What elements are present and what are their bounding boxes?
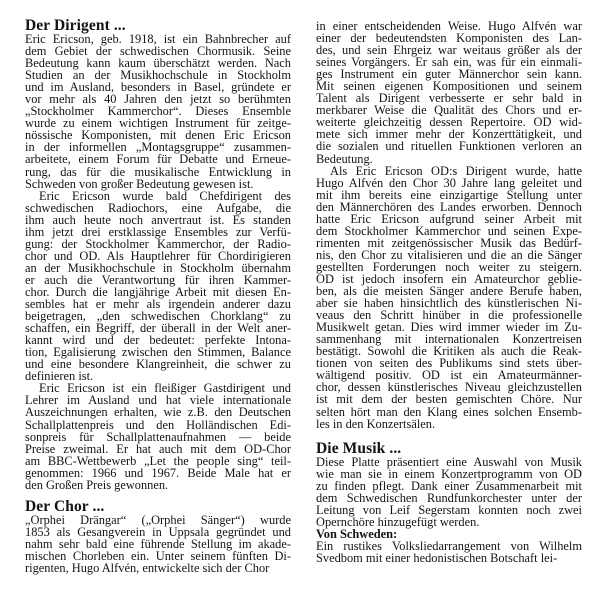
text-line: rung, das für die musikalische Entwicklu… xyxy=(25,166,291,178)
paragraph: „Orphei Drängar“ („Orphei Sänger“) wurde… xyxy=(25,514,291,574)
text-line: genommen: 1966 und 1967. Beide Male hat … xyxy=(25,467,291,479)
paragraph: Als Eric Ericson OD:s Dirigent wurde, ha… xyxy=(316,165,582,430)
text-line: wie man sie in einem Konzertprogramm von… xyxy=(316,468,582,480)
text-line: Hugo Alfvén den Chor 30 Jahre lang gelei… xyxy=(316,177,582,189)
text-line: zu finden pflegt. Dank einer Zusammenarb… xyxy=(316,480,582,492)
text-line: Als Eric Ericson OD:s Dirigent wurde, ha… xyxy=(316,165,582,177)
text-line: den Großen Preis gewonnen. xyxy=(25,479,291,491)
section-spacer xyxy=(316,430,582,441)
text-line: hatte Eric Ericson aufgrund seiner Arbei… xyxy=(316,213,582,225)
text-line: schwedischen Radiochors, eine Aufgabe, d… xyxy=(25,202,291,214)
text-line: am BBC-Wettbewerb „Let the people sing“ … xyxy=(25,455,291,467)
text-line: den Männerchören des Landes erworben. De… xyxy=(316,201,582,213)
text-line: rigenten, Hugo Alfvén, entwickelte sich … xyxy=(25,562,291,574)
article-section: Der Dirigent ...Eric Ericson, geb. 1918,… xyxy=(25,18,291,491)
text-line: les in den Konzertsälen. xyxy=(316,418,582,430)
paragraph: Eric Ericson wurde bald Chefdirigent des… xyxy=(25,190,291,383)
text-line: sonpreis für Schallplattenaufnahmen — be… xyxy=(25,431,291,443)
article-section: in einer entscheidenden Weise. Hugo Alfv… xyxy=(316,20,582,430)
text-line: die sozialen und rituellen Funktionen ve… xyxy=(316,140,582,152)
text-line: arbeitete, einem Forum für Debatte und E… xyxy=(25,153,291,165)
paragraph: Eric Ericson ist ein fleißiger Gastdirig… xyxy=(25,382,291,490)
text-line: Bedeutung. xyxy=(316,153,582,165)
text-line: dem Schwedischen Rundfunkorchester unter… xyxy=(316,492,582,504)
paragraph: Eric Ericson, geb. 1918, ist ein Bahnbre… xyxy=(25,33,291,190)
section-heading: Der Dirigent ... xyxy=(25,18,291,33)
text-line: ihm auch heute noch anvertraut ist. Es s… xyxy=(25,214,291,226)
text-line: Auszeichnungen erhalten, wie z.B. den De… xyxy=(25,406,291,418)
left-column: Der Dirigent ...Eric Ericson, geb. 1918,… xyxy=(25,18,291,574)
text-line: Eric Ericson wurde bald Chefdirigent des xyxy=(25,190,291,202)
article-section: Der Chor ...„Orphei Drängar“ („Orphei Sä… xyxy=(25,499,291,574)
paragraph: Ein rustikes Volksliedarrangement von Wi… xyxy=(316,540,582,564)
section-heading: Die Musik ... xyxy=(316,441,582,456)
article-section: Die Musik ...Diese Platte präsentiert ei… xyxy=(316,441,582,564)
text-line: Schweden von großer Bedeutung gewesen is… xyxy=(25,178,291,190)
text-line: Svedbom mit einer hedonistischen Botscha… xyxy=(316,552,582,564)
text-line: mit ihm bereits eine einzigartige Stellu… xyxy=(316,189,582,201)
paragraph: in einer entscheidenden Weise. Hugo Alfv… xyxy=(316,20,582,165)
paragraph: Diese Platte präsentiert eine Auswahl vo… xyxy=(316,456,582,528)
text-line: Schallplattenpreis und den Holländischen… xyxy=(25,419,291,431)
section-heading: Der Chor ... xyxy=(25,499,291,514)
text-line: Preise zweimal. Er hat auch mit dem OD-C… xyxy=(25,443,291,455)
text-line: Diese Platte präsentiert eine Auswahl vo… xyxy=(316,456,582,468)
right-column: in einer entscheidenden Weise. Hugo Alfv… xyxy=(316,20,582,564)
text-line: selten hört man den Klang eines solchen … xyxy=(316,406,582,418)
text-line: ihm jetzt drei erstklassige Ensembles zu… xyxy=(25,226,291,238)
text-line: ist mit dem der besten gemischten Chöre.… xyxy=(316,393,582,405)
